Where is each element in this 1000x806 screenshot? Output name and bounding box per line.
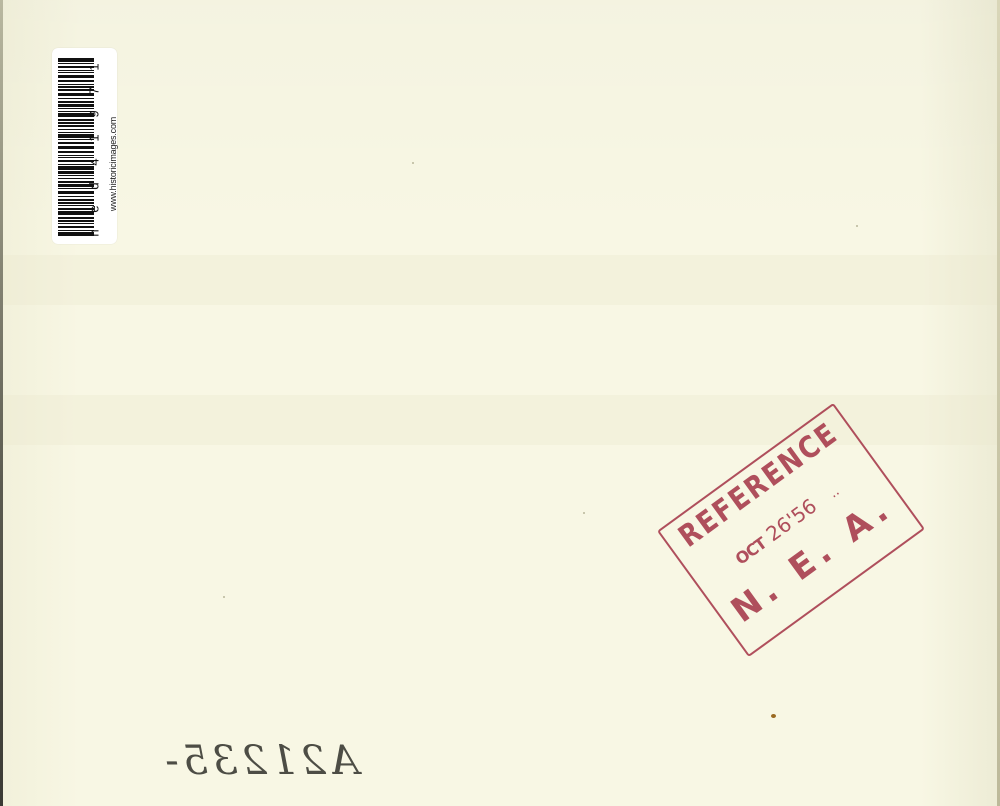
barcode-character: e: [88, 206, 102, 213]
handwritten-note: A21235-: [160, 734, 360, 788]
barcode-character: 1: [88, 63, 102, 70]
paper-dot: [583, 512, 585, 514]
paper-tone-band: [0, 255, 1000, 305]
barcode-url: www.historicimages.com: [108, 117, 118, 211]
barcode-character: d: [88, 182, 102, 189]
paper-left-edge: [0, 0, 3, 806]
barcode-character: 4: [88, 158, 102, 165]
barcode-label: ned41971 www.historicimages.com: [52, 48, 117, 244]
stamp-date-month: OCT: [732, 534, 770, 569]
barcode-character: 7: [88, 87, 102, 94]
barcode-character: 9: [88, 111, 102, 118]
paper-dot: [412, 162, 414, 164]
barcode-characters: ned41971: [85, 60, 105, 240]
paper-speck: [771, 714, 776, 718]
barcode-character: 1: [88, 134, 102, 141]
paper-dot: [223, 596, 225, 598]
paper-dot: [856, 225, 858, 227]
stamp-date-dots: ..: [826, 483, 843, 501]
barcode-character: n: [88, 229, 102, 236]
